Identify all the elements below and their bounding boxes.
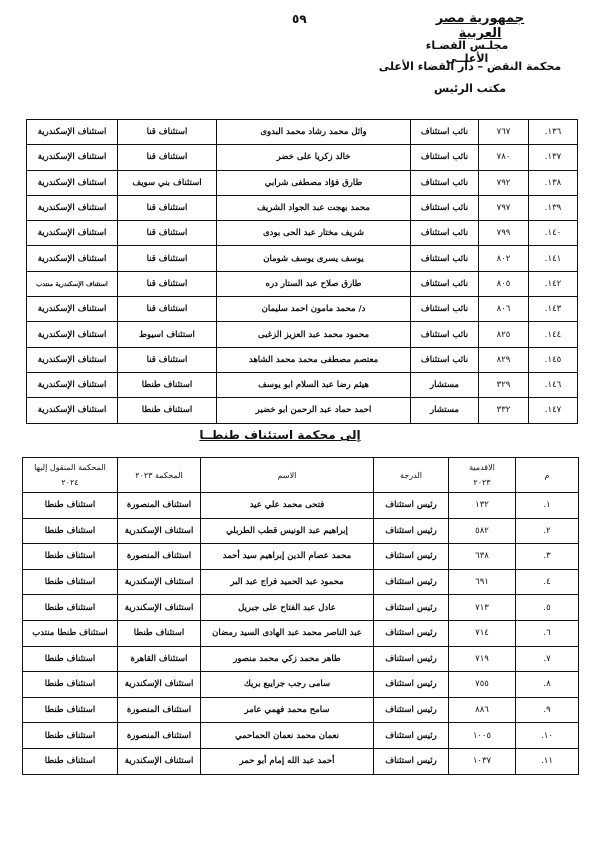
- rank-cell: نائب استئناف: [411, 271, 479, 296]
- page-number: ٥٩: [292, 12, 307, 26]
- header-num: م: [516, 458, 579, 493]
- court-2024-cell: استئناف الإسكندرية: [27, 372, 118, 397]
- court-2023-cell: استئناف المنصورة: [118, 544, 201, 570]
- rank-cell: نائب استئناف: [411, 170, 479, 195]
- table-header-row: م الاقدمية ٢٠٢٣ الدرجة الاسم المحكمة ٢٠٢…: [23, 458, 579, 493]
- name-cell: سامى رجب جرايبع بريك: [201, 672, 374, 698]
- table-row: ٥.٧١٣رئيس استئنافعادل عبد الفتاح على جبر…: [23, 595, 579, 621]
- row-number: ٣.: [516, 544, 579, 570]
- table-row: ٦.٧١٤رئيس استئنافعبد الناصر محمد عبد اله…: [23, 620, 579, 646]
- court-2023-cell: استئناف الإسكندرية: [118, 748, 201, 774]
- name-cell: احمد حماد عبد الرحمن ابو خضير: [217, 398, 411, 423]
- court-2023-cell: استئناف قنا: [118, 347, 217, 372]
- name-cell: معتصم مصطفى محمد محمد الشاهد: [217, 347, 411, 372]
- row-number: ٨.: [516, 672, 579, 698]
- name-cell: خالد زكريا على خضر: [217, 145, 411, 170]
- row-number: ٩.: [516, 697, 579, 723]
- rank-cell: رئيس استئناف: [374, 620, 449, 646]
- table-row: ٩.٨٨٦رئيس استئنافسامح محمد فهمي عامراستئ…: [23, 697, 579, 723]
- court-2024-cell: استئناف الإسكندرية: [27, 322, 118, 347]
- table-row: ١١.١٠٣٧رئيس استئنافأحمد عبد الله إمام أب…: [23, 748, 579, 774]
- court-2023-cell: استئناف قنا: [118, 297, 217, 322]
- name-cell: محمود عبد الحميد فراج عبد البر: [201, 569, 374, 595]
- table-row: ١٣٩.٧٩٧نائب استئنافمحمد بهجت عبد الجواد …: [27, 195, 578, 220]
- header-name: الاسم: [201, 458, 374, 493]
- row-number: ١٤٥.: [529, 347, 578, 372]
- court-2023-cell: استئناف الإسكندرية: [118, 672, 201, 698]
- header-rank: الدرجة: [374, 458, 449, 493]
- seniority-cell: ٥٨٢: [449, 518, 516, 544]
- seniority-cell: ٧١٤: [449, 620, 516, 646]
- header-court-2023: المحكمة ٢٠٢٣: [118, 458, 201, 493]
- seniority-cell: ٧٥٥: [449, 672, 516, 698]
- seniority-cell: ١٣٢: [449, 493, 516, 519]
- row-number: ١٣٨.: [529, 170, 578, 195]
- row-number: ٧.: [516, 646, 579, 672]
- table-row: ١٣٨.٧٩٢نائب استئنافطارق فؤاد مصطفى شرابي…: [27, 170, 578, 195]
- rank-cell: نائب استئناف: [411, 347, 479, 372]
- name-cell: يوسف يسرى يوسف شومان: [217, 246, 411, 271]
- rank-cell: نائب استئناف: [411, 145, 479, 170]
- court-2023-cell: استئناف قنا: [118, 195, 217, 220]
- court-2024-cell: استئناف الإسكندرية: [27, 170, 118, 195]
- seniority-cell: ٧٩٩: [479, 221, 529, 246]
- rank-cell: نائب استئناف: [411, 221, 479, 246]
- rank-cell: رئيس استئناف: [374, 723, 449, 749]
- rank-cell: نائب استئناف: [411, 322, 479, 347]
- table-row: ١٤٢.٨٠٥نائب استئنافطارق صلاح عبد الستار …: [27, 271, 578, 296]
- name-cell: د/ محمد مامون احمد سليمان: [217, 297, 411, 322]
- row-number: ١٤٤.: [529, 322, 578, 347]
- seniority-cell: ٨٠٥: [479, 271, 529, 296]
- court-2023-cell: استئناف قنا: [118, 221, 217, 246]
- court-2024-cell: استئناف طنطا: [23, 569, 118, 595]
- court-2024-cell: استئناف الإسكندرية منتدب: [27, 271, 118, 296]
- court-2023-cell: استئناف الإسكندرية: [118, 569, 201, 595]
- name-cell: عبد الناصر محمد عبد الهادى السيد رمضان: [201, 620, 374, 646]
- rank-cell: رئيس استئناف: [374, 569, 449, 595]
- header-country: جمهورية مصر العربية: [420, 11, 540, 41]
- seniority-cell: ٧٨٠: [479, 145, 529, 170]
- court-2023-cell: استئناف قنا: [118, 271, 217, 296]
- name-cell: هيثم رضا عبد السلام ابو يوسف: [217, 372, 411, 397]
- court-2024-cell: استئناف الإسكندرية: [27, 195, 118, 220]
- name-cell: فتحى محمد علي عيد: [201, 493, 374, 519]
- court-2024-cell: استئناف طنطا: [23, 544, 118, 570]
- court-2023-cell: استئناف قنا: [118, 246, 217, 271]
- name-cell: سامح محمد فهمي عامر: [201, 697, 374, 723]
- court-2024-cell: استئناف طنطا: [23, 595, 118, 621]
- header-seniority: الاقدمية ٢٠٢٣: [449, 458, 516, 493]
- row-number: ١٣٦.: [529, 120, 578, 145]
- seniority-cell: ٧١٩: [449, 646, 516, 672]
- seniority-cell: ٧٩٢: [479, 170, 529, 195]
- court-2023-cell: استئناف قنا: [118, 145, 217, 170]
- seniority-cell: ٦٣٨: [449, 544, 516, 570]
- row-number: ١٤٦.: [529, 372, 578, 397]
- header-court: محكمة النقض – دار القضاء الأعلى: [370, 60, 570, 73]
- name-cell: إبراهيم عبد الونيس قطب الطربلي: [201, 518, 374, 544]
- name-cell: عادل عبد الفتاح على جبريل: [201, 595, 374, 621]
- name-cell: طارق فؤاد مصطفى شرابي: [217, 170, 411, 195]
- seniority-cell: ١٠٠٥: [449, 723, 516, 749]
- court-2024-cell: استئناف الإسكندرية: [27, 221, 118, 246]
- seniority-cell: ٨٢٩: [479, 347, 529, 372]
- rank-cell: رئيس استئناف: [374, 595, 449, 621]
- name-cell: محمود محمد عبد العزيز الزغبى: [217, 322, 411, 347]
- row-number: ١.: [516, 493, 579, 519]
- table-row: ١٤٥.٨٢٩نائب استئنافمعتصم مصطفى محمد محمد…: [27, 347, 578, 372]
- court-2024-cell: استئناف الإسكندرية: [27, 398, 118, 423]
- name-cell: وائل محمد رشاد محمد البدوى: [217, 120, 411, 145]
- rank-cell: رئيس استئناف: [374, 544, 449, 570]
- table-row: ١.١٣٢رئيس استئناففتحى محمد علي عيداستئنا…: [23, 493, 579, 519]
- court-2024-cell: استئناف الإسكندرية: [27, 347, 118, 372]
- rank-cell: نائب استئناف: [411, 297, 479, 322]
- rank-cell: رئيس استئناف: [374, 748, 449, 774]
- row-number: ٦.: [516, 620, 579, 646]
- seniority-cell: ٨٠٦: [479, 297, 529, 322]
- row-number: ١٤٧.: [529, 398, 578, 423]
- row-number: ١٤١.: [529, 246, 578, 271]
- table-row: ١٤١.٨٠٢نائب استئنافيوسف يسرى يوسف شومانا…: [27, 246, 578, 271]
- court-2024-cell: استئناف طنطا منتدب: [23, 620, 118, 646]
- seniority-cell: ٨٠٢: [479, 246, 529, 271]
- seniority-cell: ٧١٣: [449, 595, 516, 621]
- header-court-2024: المحكمة المنقول إليها ٢٠٢٤: [23, 458, 118, 493]
- court-2024-cell: استئناف طنطا: [23, 748, 118, 774]
- row-number: ١٤٠.: [529, 221, 578, 246]
- rank-cell: رئيس استئناف: [374, 697, 449, 723]
- rank-cell: رئيس استئناف: [374, 672, 449, 698]
- court-2023-cell: استئناف بني سويف: [118, 170, 217, 195]
- rank-cell: مستشار: [411, 398, 479, 423]
- header-office: مكتب الرئيس: [430, 82, 510, 95]
- table-row: ١٤٠.٧٩٩نائب استئنافشريف مختار عبد الحى ب…: [27, 221, 578, 246]
- table-row: ٤.٦٩١رئيس استئنافمحمود عبد الحميد فراج ع…: [23, 569, 579, 595]
- row-number: ٤.: [516, 569, 579, 595]
- court-2023-cell: استئناف قنا: [118, 120, 217, 145]
- court-2024-cell: استئناف الإسكندرية: [27, 145, 118, 170]
- name-cell: شريف مختار عبد الحى بودى: [217, 221, 411, 246]
- court-2024-cell: استئناف طنطا: [23, 723, 118, 749]
- seniority-cell: ٣٣٢: [479, 398, 529, 423]
- rank-cell: رئيس استئناف: [374, 493, 449, 519]
- table-row: ٣.٦٣٨رئيس استئنافمحمد عصام الدين إبراهيم…: [23, 544, 579, 570]
- table-row: ١٤٤.٨٢٥نائب استئنافمحمود محمد عبد العزيز…: [27, 322, 578, 347]
- table-row: ١٤٦.٣٢٩مستشارهيثم رضا عبد السلام ابو يوس…: [27, 372, 578, 397]
- name-cell: طارق صلاح عبد الستار دره: [217, 271, 411, 296]
- rank-cell: رئيس استئناف: [374, 518, 449, 544]
- row-number: ١٣٧.: [529, 145, 578, 170]
- transfers-table-tanta: م الاقدمية ٢٠٢٣ الدرجة الاسم المحكمة ٢٠٢…: [22, 457, 579, 775]
- seniority-cell: ٣٢٩: [479, 372, 529, 397]
- court-2023-cell: استئناف اسيوط: [118, 322, 217, 347]
- seniority-cell: ٧٩٧: [479, 195, 529, 220]
- name-cell: أحمد عبد الله إمام أبو حمر: [201, 748, 374, 774]
- court-2024-cell: استئناف طنطا: [23, 646, 118, 672]
- court-2023-cell: استئناف الإسكندرية: [118, 595, 201, 621]
- seniority-cell: ٨٢٥: [479, 322, 529, 347]
- table-row: ١٣٦.٧٦٧نائب استئنافوائل محمد رشاد محمد ا…: [27, 120, 578, 145]
- court-2024-cell: استئناف الإسكندرية: [27, 297, 118, 322]
- court-2023-cell: استئناف القاهرة: [118, 646, 201, 672]
- rank-cell: رئيس استئناف: [374, 646, 449, 672]
- row-number: ٢.: [516, 518, 579, 544]
- court-2023-cell: استئناف المنصورة: [118, 493, 201, 519]
- seniority-cell: ٧٦٧: [479, 120, 529, 145]
- name-cell: محمد بهجت عبد الجواد الشريف: [217, 195, 411, 220]
- table-row: ٧.٧١٩رئيس استئنافطاهر محمد زكي محمد منصو…: [23, 646, 579, 672]
- seniority-cell: ٦٩١: [449, 569, 516, 595]
- row-number: ١٤٢.: [529, 271, 578, 296]
- row-number: ١١.: [516, 748, 579, 774]
- court-2024-cell: استئناف طنطا: [23, 672, 118, 698]
- row-number: ١٣٩.: [529, 195, 578, 220]
- court-2023-cell: استئناف طنطا: [118, 398, 217, 423]
- rank-cell: نائب استئناف: [411, 195, 479, 220]
- court-2023-cell: استئناف الإسكندرية: [118, 518, 201, 544]
- rank-cell: نائب استئناف: [411, 246, 479, 271]
- name-cell: طاهر محمد زكي محمد منصور: [201, 646, 374, 672]
- rank-cell: مستشار: [411, 372, 479, 397]
- court-2023-cell: استئناف المنصورة: [118, 697, 201, 723]
- seniority-cell: ٨٨٦: [449, 697, 516, 723]
- table-row: ١٣٧.٧٨٠نائب استئنافخالد زكريا على خضراست…: [27, 145, 578, 170]
- table-row: ١٠.١٠٠٥رئيس استئنافنعمان محمد نعمان الحم…: [23, 723, 579, 749]
- court-2023-cell: استئناف طنطا: [118, 620, 201, 646]
- rank-cell: نائب استئناف: [411, 120, 479, 145]
- court-2024-cell: استئناف طنطا: [23, 697, 118, 723]
- name-cell: محمد عصام الدين إبراهيم سيد أحمد: [201, 544, 374, 570]
- row-number: ١٠.: [516, 723, 579, 749]
- court-2024-cell: استئناف طنطا: [23, 518, 118, 544]
- transfers-table-alexandria: ١٣٦.٧٦٧نائب استئنافوائل محمد رشاد محمد ا…: [26, 119, 578, 424]
- section-title-tanta: إلى محكمة استئناف طنطــا: [180, 428, 380, 442]
- row-number: ١٤٣.: [529, 297, 578, 322]
- table-row: ٨.٧٥٥رئيس استئنافسامى رجب جرايبع بريكاست…: [23, 672, 579, 698]
- table-row: ٢.٥٨٢رئيس استئنافإبراهيم عبد الونيس قطب …: [23, 518, 579, 544]
- row-number: ٥.: [516, 595, 579, 621]
- court-2023-cell: استئناف المنصورة: [118, 723, 201, 749]
- court-2024-cell: استئناف الإسكندرية: [27, 246, 118, 271]
- seniority-cell: ١٠٣٧: [449, 748, 516, 774]
- court-2024-cell: استئناف طنطا: [23, 493, 118, 519]
- court-2024-cell: استئناف الإسكندرية: [27, 120, 118, 145]
- table-row: ١٤٧.٣٣٢مستشاراحمد حماد عبد الرحمن ابو خض…: [27, 398, 578, 423]
- name-cell: نعمان محمد نعمان الحماحمي: [201, 723, 374, 749]
- court-2023-cell: استئناف طنطا: [118, 372, 217, 397]
- table-row: ١٤٣.٨٠٦نائب استئنافد/ محمد مامون احمد سل…: [27, 297, 578, 322]
